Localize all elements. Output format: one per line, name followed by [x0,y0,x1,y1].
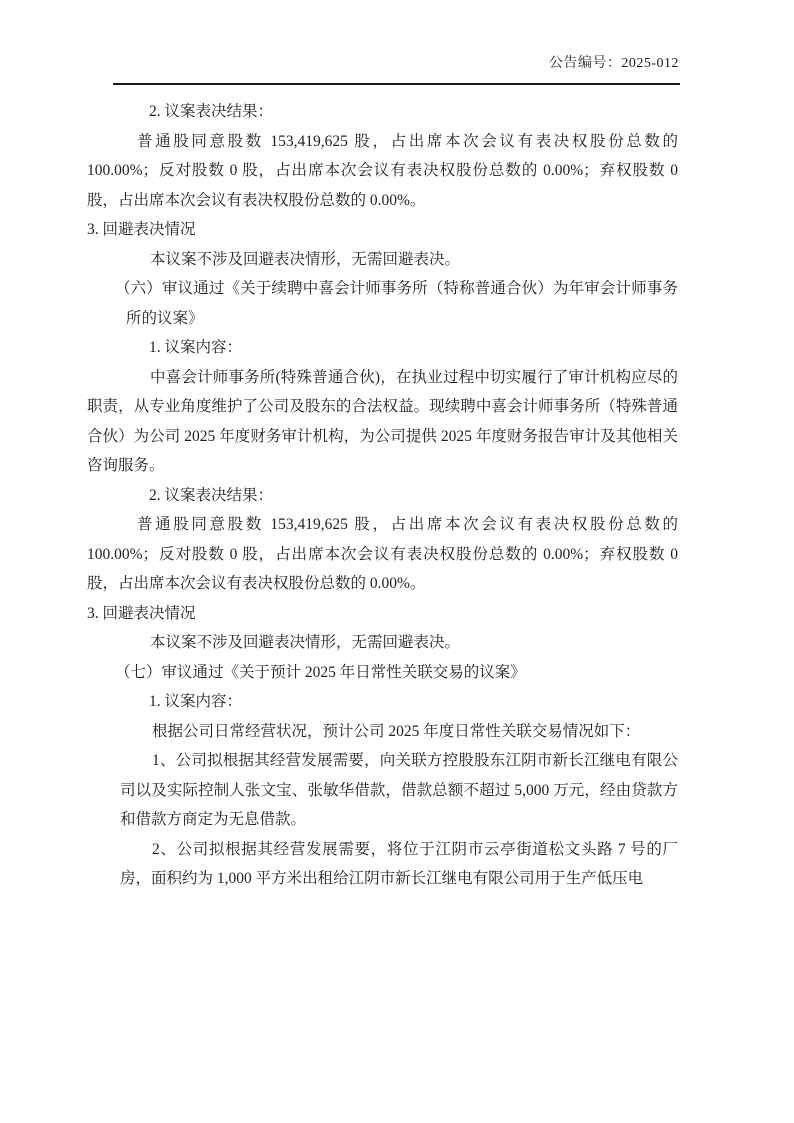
section-6-vote-heading: 2. 议案表决结果： [87,481,678,511]
related-transaction-item-1: 1、公司拟根据其经营发展需要，向关联方控股股东江阴市新长江继电有限公司以及实际控… [120,746,678,835]
section-6-recusal-heading: 3. 回避表决情况 [87,599,678,629]
document-body: 2. 议案表决结果： 普通股同意股数 153,419,625 股，占出席本次会议… [87,97,678,894]
section-6-content-heading: 1. 议案内容： [87,333,678,363]
announcement-page: 公告编号：2025-012 2. 议案表决结果： 普通股同意股数 153,419… [0,0,794,1123]
header-divider [113,83,680,85]
recusal-heading: 3. 回避表决情况 [87,215,678,245]
related-transaction-item-2: 2、公司拟根据其经营发展需要，将位于江阴市云亭街道松文头路 7 号的厂房，面积约… [120,835,678,894]
section-7-body: 根据公司日常经营状况，预计公司 2025 年度日常性关联交易情况如下： 1、公司… [120,717,678,894]
announcement-number: 公告编号：2025-012 [549,56,679,71]
section-6-content: 中喜会计师事务所(特殊普通合伙)，在执业过程中切实履行了审计机构应尽的职责，从专… [87,363,678,481]
section-7-heading: （七）审议通过《关于预计 2025 年日常性关联交易的议案》 [87,658,678,688]
related-transaction-intro: 根据公司日常经营状况，预计公司 2025 年度日常性关联交易情况如下： [120,717,678,747]
section-7-content-heading: 1. 议案内容： [87,687,678,717]
header: 公告编号：2025-012 [113,54,679,74]
section-6-heading: （六）审议通过《关于续聘中喜会计师事务所（特称普通合伙）为年审会计师事务所的议案… [87,274,678,333]
section-6-recusal-text: 本议案不涉及回避表决情形，无需回避表决。 [87,628,678,658]
recusal-text: 本议案不涉及回避表决情形，无需回避表决。 [87,245,678,275]
vote-result-heading: 2. 议案表决结果： [87,97,678,127]
section-6-vote-text: 普通股同意股数 153,419,625 股，占出席本次会议有表决权股份总数的 1… [87,510,678,599]
vote-result-text: 普通股同意股数 153,419,625 股，占出席本次会议有表决权股份总数的 1… [87,127,678,216]
